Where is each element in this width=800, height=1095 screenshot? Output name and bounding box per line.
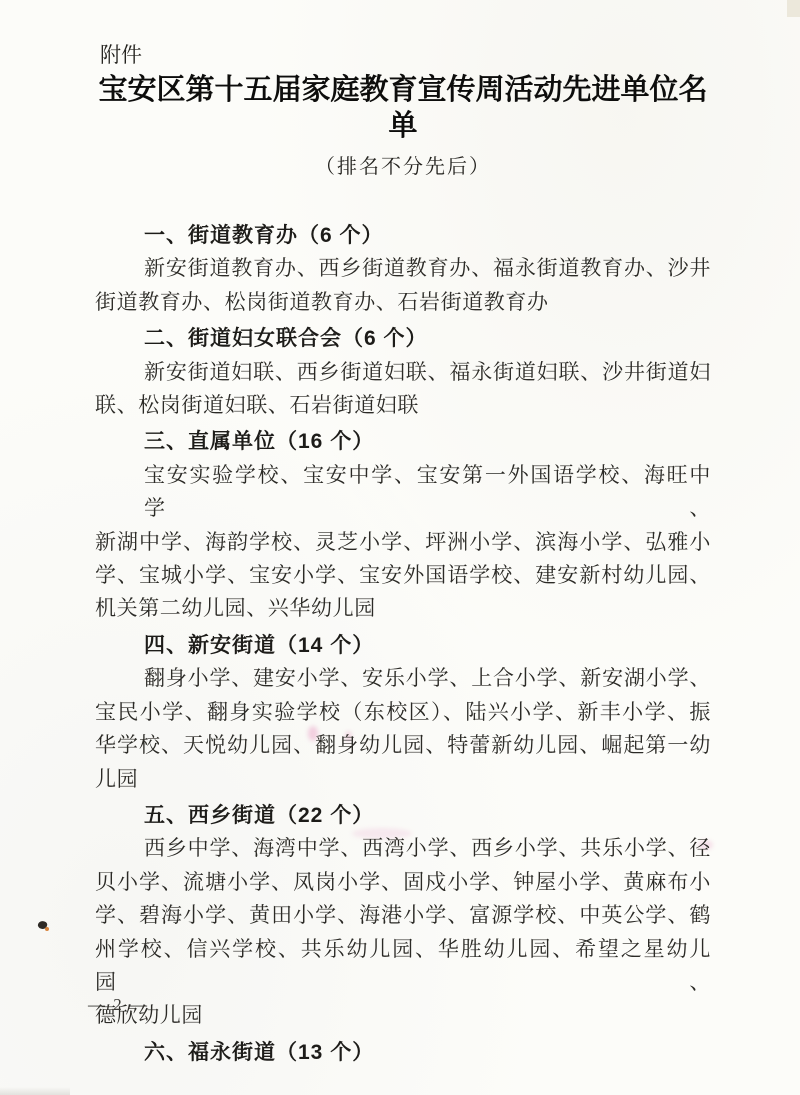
section-heading: 二、街道妇女联合会（6 个） bbox=[95, 322, 711, 355]
body-line: 学、宝城小学、宝安小学、宝安外国语学校、建安新村幼儿园、 bbox=[95, 559, 711, 592]
scanned-document-page: 附件 宝安区第十五届家庭教育宣传周活动先进单位名单 （排名不分先后） 一、街道教… bbox=[0, 0, 800, 1095]
body-line: 西乡中学、海湾中学、西湾小学、西乡小学、共乐小学、径 bbox=[95, 832, 711, 865]
body-line: 新安街道教育办、西乡街道教育办、福永街道教育办、沙井 bbox=[95, 252, 711, 285]
section-body: 新安街道教育办、西乡街道教育办、福永街道教育办、沙井街道教育办、松岗街道教育办、… bbox=[95, 252, 711, 319]
sections-container: 一、街道教育办（6 个） 新安街道教育办、西乡街道教育办、福永街道教育办、沙井街… bbox=[95, 219, 711, 1069]
document-section: 六、福永街道（13 个） bbox=[95, 1036, 711, 1069]
scan-edge-shadow bbox=[0, 1087, 70, 1095]
document-section: 四、新安街道（14 个） 翻身小学、建安小学、安乐小学、上合小学、新安湖小学、宝… bbox=[95, 629, 711, 796]
section-body: 翻身小学、建安小学、安乐小学、上合小学、新安湖小学、宝民小学、翻身实验学校（东校… bbox=[95, 662, 711, 796]
ranking-note: （排名不分先后） bbox=[95, 153, 711, 181]
scan-corner-artifact bbox=[787, 0, 800, 17]
attachment-label: 附件 bbox=[95, 42, 711, 68]
body-line: 宝安实验学校、宝安中学、宝安第一外国语学校、海旺中学、 bbox=[95, 459, 711, 526]
section-heading: 五、西乡街道（22 个） bbox=[95, 799, 711, 832]
document-section: 五、西乡街道（22 个） 西乡中学、海湾中学、西湾小学、西乡小学、共乐小学、径贝… bbox=[95, 799, 711, 1033]
section-body: 宝安实验学校、宝安中学、宝安第一外国语学校、海旺中学、新湖中学、海韵学校、灵芝小… bbox=[95, 459, 711, 626]
body-line: 新湖中学、海韵学校、灵芝小学、坪洲小学、滨海小学、弘雅小 bbox=[95, 526, 711, 559]
body-line: 华学校、天悦幼儿园、翻身幼儿园、特蕾新幼儿园、崛起第一幼 bbox=[95, 729, 711, 762]
body-line: 宝民小学、翻身实验学校（东校区）、陆兴小学、新丰小学、振 bbox=[95, 696, 711, 729]
page-number: — 2 — bbox=[88, 995, 149, 1015]
body-line: 翻身小学、建安小学、安乐小学、上合小学、新安湖小学、 bbox=[95, 662, 711, 695]
document-section: 三、直属单位（16 个） 宝安实验学校、宝安中学、宝安第一外国语学校、海旺中学、… bbox=[95, 425, 711, 625]
document-section: 二、街道妇女联合会（6 个） 新安街道妇联、西乡街道妇联、福永街道妇联、沙井街道… bbox=[95, 322, 711, 422]
body-line: 州学校、信兴学校、共乐幼儿园、华胜幼儿园、希望之星幼儿园、 bbox=[95, 933, 711, 1000]
body-line: 儿园 bbox=[95, 763, 711, 796]
section-heading: 一、街道教育办（6 个） bbox=[95, 219, 711, 252]
body-line: 街道教育办、松岗街道教育办、石岩街道教育办 bbox=[95, 286, 711, 319]
body-line: 新安街道妇联、西乡街道妇联、福永街道妇联、沙井街道妇 bbox=[95, 356, 711, 389]
body-line: 德欣幼儿园 bbox=[95, 999, 711, 1032]
document-section: 一、街道教育办（6 个） 新安街道教育办、西乡街道教育办、福永街道教育办、沙井街… bbox=[95, 219, 711, 319]
section-heading: 四、新安街道（14 个） bbox=[95, 629, 711, 662]
body-line: 联、松岗街道妇联、石岩街道妇联 bbox=[95, 389, 711, 422]
section-heading: 六、福永街道（13 个） bbox=[95, 1036, 711, 1069]
section-heading: 三、直属单位（16 个） bbox=[95, 425, 711, 458]
section-body: 西乡中学、海湾中学、西湾小学、西乡小学、共乐小学、径贝小学、流塘小学、凤岗小学、… bbox=[95, 832, 711, 1032]
body-line: 机关第二幼儿园、兴华幼儿园 bbox=[95, 592, 711, 625]
document-title: 宝安区第十五届家庭教育宣传周活动先进单位名单 bbox=[95, 72, 711, 144]
body-line: 贝小学、流塘小学、凤岗小学、固戍小学、钟屋小学、黄麻布小 bbox=[95, 866, 711, 899]
section-body: 新安街道妇联、西乡街道妇联、福永街道妇联、沙井街道妇联、松岗街道妇联、石岩街道妇… bbox=[95, 356, 711, 423]
ink-speck bbox=[45, 927, 49, 931]
body-line: 学、碧海小学、黄田小学、海港小学、富源学校、中英公学、鹤 bbox=[95, 899, 711, 932]
document-content: 附件 宝安区第十五届家庭教育宣传周活动先进单位名单 （排名不分先后） 一、街道教… bbox=[95, 42, 711, 1069]
